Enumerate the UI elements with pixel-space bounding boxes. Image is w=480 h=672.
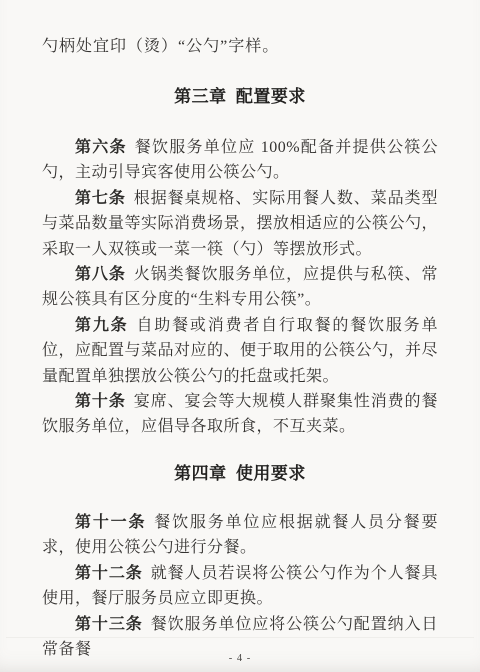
article-11-label: 第十一条 [75, 514, 146, 531]
article-10-label: 第十条 [75, 393, 126, 410]
article-9: 第九条自助餐或消费者自行取餐的餐饮服务单位，应配置与菜品对应的、便于取用的公筷公… [42, 313, 438, 389]
page-number: - 4 - [0, 653, 480, 664]
article-8: 第八条火锅类餐饮服务单位，应提供与私筷、常规公筷具有区分度的“生料专用公筷”。 [42, 262, 438, 313]
article-11: 第十一条餐饮服务单位应根据就餐人员分餐要求，使用公筷公勺进行分餐。 [42, 510, 438, 561]
article-6: 第六条餐饮服务单位应 100%配备并提供公筷公勺，主动引导宾客使用公筷公勺。 [42, 135, 438, 186]
continuation-line: 勺柄处宜印（烫）“公勺”字样。 [42, 34, 438, 59]
document-content: 勺柄处宜印（烫）“公勺”字样。 第三章 配置要求 第六条餐饮服务单位应 100%… [42, 34, 438, 662]
article-10: 第十条宴席、宴会等大规模人群聚集性消费的餐饮服务单位，应倡导各取所食，不互夹菜。 [42, 389, 438, 440]
article-12: 第十二条就餐人员若误将公筷公勺作为个人餐具使用，餐厅服务员应立即更换。 [42, 561, 438, 612]
article-7: 第七条根据餐桌规格、实际用餐人数、菜品类型与菜品数量等实际消费场景，摆放相适应的… [42, 186, 438, 262]
scan-artifact-line [6, 637, 474, 638]
article-9-label: 第九条 [75, 317, 128, 334]
chapter-3-heading: 第三章 配置要求 [42, 87, 438, 106]
article-13-label: 第十三条 [75, 616, 143, 633]
article-6-label: 第六条 [75, 139, 127, 156]
article-7-label: 第七条 [75, 190, 126, 207]
chapter-4-heading: 第四章 使用要求 [42, 464, 438, 483]
document-page: 勺柄处宜印（烫）“公勺”字样。 第三章 配置要求 第六条餐饮服务单位应 100%… [0, 0, 480, 672]
article-12-label: 第十二条 [75, 565, 143, 582]
article-8-label: 第八条 [75, 266, 126, 283]
